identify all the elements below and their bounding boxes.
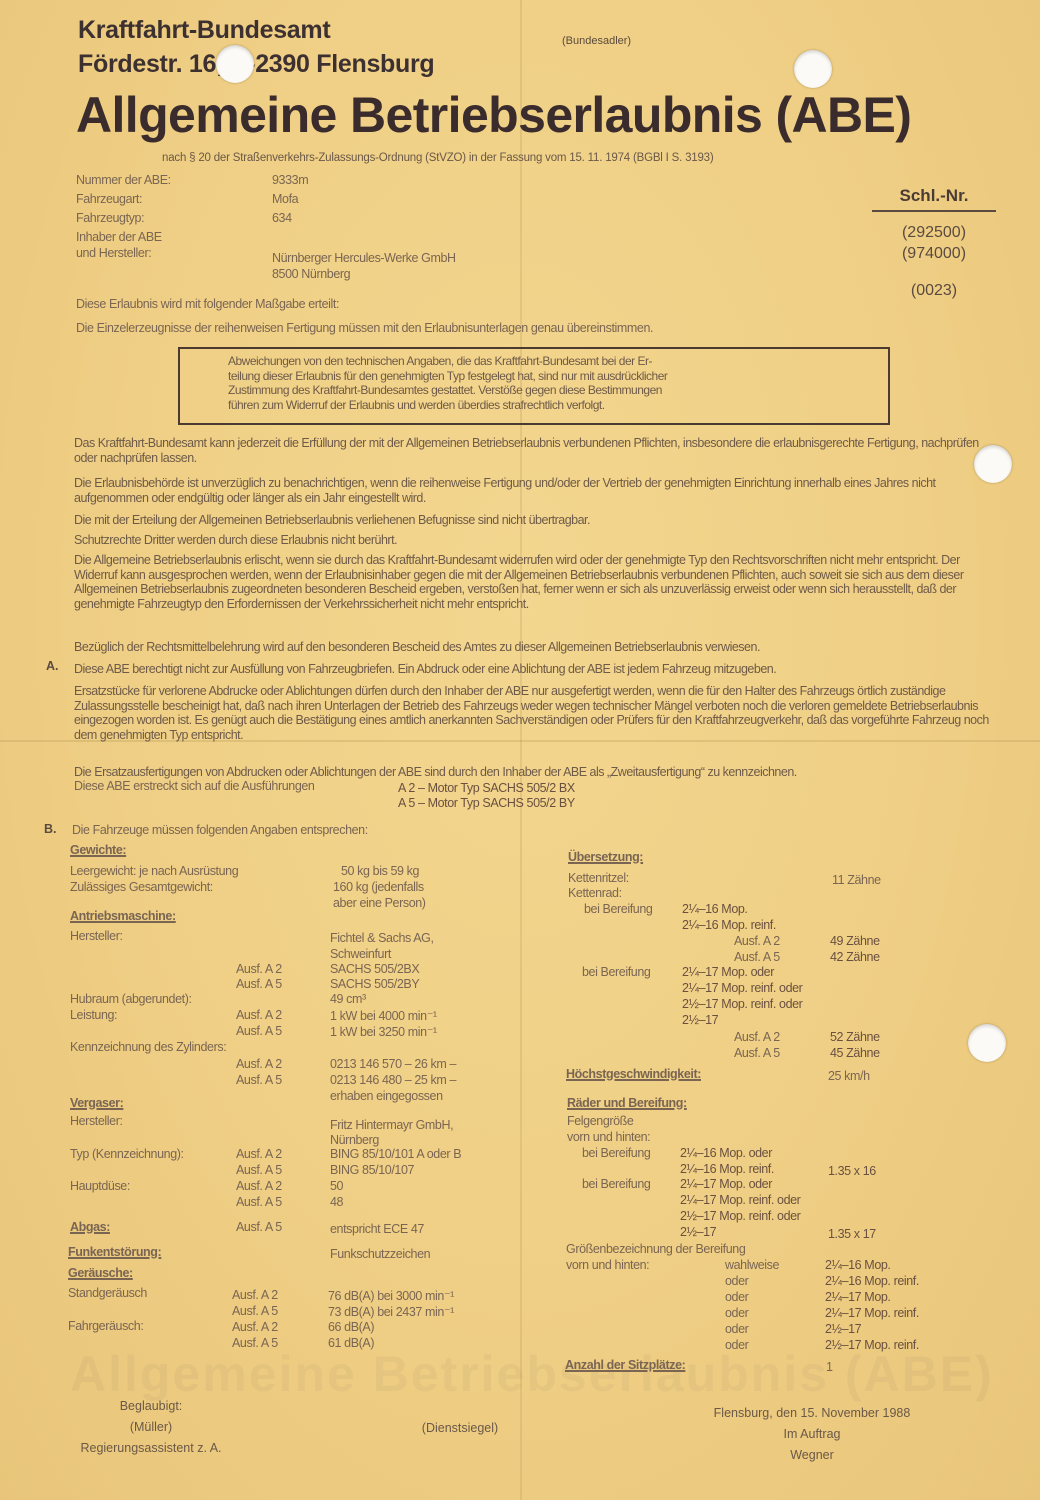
value-teeth-a5: 45 Zähne [830, 1046, 880, 1060]
punch-hole [974, 445, 1012, 483]
gear-tyre: 2½–17 Mop. reinf. oder [682, 997, 802, 1011]
manufacturer-name: Nürnberger Hercules-Werke GmbH [272, 250, 456, 266]
gear-tyre: 2½–17 [682, 1013, 718, 1027]
value-sprocket: 11 Zähne [832, 873, 881, 887]
value-vehicle-kind: Mofa [272, 191, 308, 207]
section-a-line-3: Die Ersatzausfertigungen von Abdrucken o… [74, 765, 996, 780]
label-ausf-a5: Ausf. A 5 [232, 1336, 278, 1350]
value-abe-number: 9333m [272, 172, 308, 188]
section-b-intro: Die Fahrzeuge müssen folgenden Angaben e… [72, 823, 368, 837]
value-displacement: 49 cm³ [330, 992, 366, 1006]
gear-tyre: 2¼–16 Mop. [682, 902, 748, 916]
label-main-jet: Hauptdüse: [70, 1179, 130, 1193]
key-number-2: (974000) [872, 243, 996, 264]
on-behalf-label: Im Auftrag [672, 1424, 952, 1445]
label-total-weight: Zulässiges Gesamtgewicht: [70, 880, 213, 894]
notice-line: teilung dieser Erlaubnis für den genehmi… [228, 369, 888, 384]
label-ausf-a5: Ausf. A 5 [236, 1024, 282, 1038]
gear-tyre: 2¼–17 Mop. reinf. oder [682, 981, 802, 995]
paragraph-notification: Die Erlaubnisbehörde ist unverzüglich zu… [74, 476, 996, 505]
eagle-placeholder: (Bundesadler) [562, 35, 631, 47]
label-ausf-a5: Ausf. A 5 [232, 1304, 278, 1318]
value-engine-a5: SACHS 505/2BY [330, 977, 419, 991]
punch-hole [794, 50, 832, 88]
tyre-option: 2¼–16 Mop. reinf. [825, 1274, 919, 1288]
value-total-weight-2: aber eine Person) [333, 896, 426, 910]
label-ausf-a2: Ausf. A 2 [236, 1147, 282, 1161]
value-carb-maker-2: Nürnberg [330, 1133, 379, 1147]
notice-box: Abweichungen von den technischen Angaben… [178, 347, 890, 425]
notice-line: Abweichungen von den technischen Angaben… [228, 354, 888, 369]
tyre-option-conj: oder [725, 1274, 748, 1288]
label-ausf-a5: Ausf. A 5 [734, 1046, 780, 1060]
label-ausf-a5: Ausf. A 5 [236, 1073, 282, 1087]
key-number-3: (0023) [872, 280, 996, 301]
certifier-role: Regierungsassistent z. A. [66, 1438, 236, 1459]
value-cylinder-note: erhaben eingegossen [330, 1089, 443, 1103]
wheel-tyre: 2¼–16 Mop. oder [680, 1146, 772, 1160]
manufacturer-address: Nürnberger Hercules-Werke GmbH 8500 Nürn… [272, 250, 456, 282]
value-standing-noise-a2: 76 dB(A) bei 3000 min⁻¹ [328, 1288, 454, 1303]
place-date: Flensburg, den 15. November 1988 [672, 1403, 952, 1424]
label-front-rear: vorn und hinten: [566, 1258, 649, 1272]
label-tyre-size: Größenbezeichnung der Bereifung [566, 1242, 745, 1256]
label-tyres: bei Bereifung [584, 902, 652, 916]
heading-interference: Funkentstörung: [68, 1245, 161, 1259]
label-chainwheel: Kettenrad: [568, 886, 622, 900]
section-a-line-2: Ersatzstücke für verlorene Abdrucke oder… [74, 684, 996, 742]
tyre-option: 2¼–16 Mop. [825, 1258, 891, 1272]
tyre-option-conj: oder [725, 1322, 748, 1336]
punch-hole [968, 1024, 1006, 1062]
signature-block: Flensburg, den 15. November 1988 Im Auft… [672, 1403, 952, 1466]
paragraph-legal-remedy: Bezüglich der Rechtsmittelbelehrung wird… [74, 640, 996, 655]
issuer-address: Fördestr. 16, D-2390 Flensburg [78, 50, 434, 79]
heading-exhaust: Abgas: [70, 1220, 110, 1234]
label-sprocket: Kettenritzel: [568, 871, 629, 885]
label-displacement: Hubraum (abgerundet): [70, 992, 192, 1006]
value-rim-16: 1.35 x 16 [828, 1164, 876, 1178]
wheel-tyre: 2¼–16 Mop. reinf. [680, 1162, 774, 1176]
value-main-jet-a2: 50 [330, 1179, 343, 1193]
label-carb-maker: Hersteller: [70, 1114, 123, 1128]
wheel-tyre: 2½–17 [680, 1225, 716, 1239]
variant-a2: A 2 – Motor Typ SACHS 505/2 BX [398, 781, 575, 795]
value-teeth-a2: 49 Zähne [830, 934, 880, 948]
tyre-option: 2½–17 Mop. reinf. [825, 1338, 919, 1352]
label-standing-noise: Standgeräusch [68, 1286, 147, 1300]
label-ausf-a2: Ausf. A 2 [236, 1008, 282, 1022]
paper-fold-vertical [520, 0, 522, 1500]
label-ausf-a5: Ausf. A 5 [236, 1195, 282, 1209]
wheel-tyre: 2¼–17 Mop. reinf. oder [680, 1193, 800, 1207]
heading-seats: Anzahl der Sitzplätze: [565, 1358, 685, 1372]
tyre-option-conj: oder [725, 1338, 748, 1352]
tyre-option-conj: oder [725, 1290, 748, 1304]
value-engine-a2: SACHS 505/2BX [330, 962, 419, 976]
notice-line: führen zum Widerruf der Erlaubnis und we… [228, 398, 888, 413]
preamble-1: Diese Erlaubnis wird mit folgender Maßga… [76, 296, 339, 312]
label-ausf-a2: Ausf. A 2 [232, 1320, 278, 1334]
tyre-option: 2¼–17 Mop. [825, 1290, 891, 1304]
key-number-heading: Schl.-Nr. [872, 186, 996, 212]
paragraph-inspection: Das Kraftfahrt-Bundesamt kann jederzeit … [74, 436, 996, 465]
issuer-name: Kraftfahrt-Bundesamt [78, 16, 330, 45]
label-power: Leistung: [70, 1008, 117, 1022]
label-rim-size: Felgengröße [567, 1114, 633, 1128]
label-ausf-a2: Ausf. A 2 [232, 1288, 278, 1302]
value-carb-maker-1: Fritz Hintermayr GmbH, [330, 1118, 453, 1132]
value-seats: 1 [826, 1360, 833, 1374]
value-exhaust: entspricht ECE 47 [330, 1222, 424, 1236]
notice-line: Zustimmung des Kraftfahrt-Bundesamtes ge… [228, 383, 888, 398]
value-main-jet-a5: 48 [330, 1195, 343, 1209]
value-standing-noise-a5: 73 dB(A) bei 2437 min⁻¹ [328, 1304, 454, 1319]
label-vehicle-type: Fahrzeugtyp: [76, 210, 171, 226]
label-manufacturer: und Hersteller: [76, 245, 171, 261]
label-tyres: bei Bereifung [582, 1177, 650, 1191]
punch-hole [216, 45, 254, 83]
section-a-marker: A. [46, 659, 59, 673]
document-title: Allgemeine Betriebserlaubnis (ABE) [76, 86, 911, 144]
wheel-tyre: 2¼–17 Mop. oder [680, 1177, 772, 1191]
heading-top-speed: Höchstgeschwindigkeit: [566, 1067, 701, 1081]
label-driving-noise: Fahrgeräusch: [68, 1319, 143, 1333]
bleed-through-text: Allgemeine Betriebserlaubnis (ABE) [70, 1345, 994, 1403]
paragraph-third-party: Schutzrechte Dritter werden durch diese … [74, 533, 996, 548]
label-exhaust-ausf: Ausf. A 5 [236, 1220, 282, 1234]
value-rim-17: 1.35 x 17 [828, 1227, 876, 1241]
paragraph-expiry: Die Allgemeine Betriebserlaubnis erlisch… [74, 553, 996, 611]
label-carb-type: Typ (Kennzeichnung): [70, 1147, 184, 1161]
value-top-speed: 25 km/h [828, 1069, 870, 1083]
info-labels: Nummer der ABE: Fahrzeugart: Fahrzeugtyp… [76, 172, 171, 261]
wheel-tyre: 2½–17 Mop. reinf. oder [680, 1209, 800, 1223]
value-engine-maker-2: Schweinfurt [330, 947, 391, 961]
gear-tyre: 2¼–17 Mop. oder [682, 965, 774, 979]
preamble-2: Die Einzelerzeugnisse der reihenweisen F… [76, 320, 653, 336]
manufacturer-city: 8500 Nürnberg [272, 266, 456, 282]
label-ausf-a5: Ausf. A 5 [734, 950, 780, 964]
certified-label: Beglaubigt: [66, 1396, 236, 1417]
heading-engine: Antriebsmaschine: [70, 909, 176, 923]
info-values: 9333m Mofa 634 [272, 172, 308, 226]
tyre-option: 2¼–17 Mop. reinf. [825, 1306, 919, 1320]
gear-tyre: 2¼–16 Mop. reinf. [682, 918, 776, 932]
label-tyres: bei Bereifung [582, 965, 650, 979]
value-total-weight-1: 160 kg (jedenfalls [333, 880, 424, 894]
tyre-option: 2½–17 [825, 1322, 861, 1336]
variants-label: Diese ABE erstreckt sich auf die Ausführ… [74, 779, 314, 793]
paragraph-non-transferable: Die mit der Erteilung der Allgemeinen Be… [74, 513, 996, 528]
document-subtitle: nach § 20 der Straßenverkehrs-Zulassungs… [162, 152, 714, 164]
value-driving-noise-a5: 61 dB(A) [328, 1336, 374, 1350]
label-vehicle-kind: Fahrzeugart: [76, 191, 171, 207]
variant-a5: A 5 – Motor Typ SACHS 505/2 BY [398, 796, 575, 810]
label-ausf-a2: Ausf. A 2 [236, 962, 282, 976]
label-front-rear: vorn und hinten: [567, 1130, 650, 1144]
signatory-name: Wegner [672, 1445, 952, 1466]
heading-noise: Geräusche: [68, 1266, 133, 1280]
label-tyres: bei Bereifung [582, 1146, 650, 1160]
value-cylinder-a5: 0213 146 480 – 25 km – [330, 1073, 456, 1087]
label-empty-weight: Leergewicht: je nach Ausrüstung [70, 864, 238, 878]
section-a-line-1: Diese ABE berechtigt nicht zur Ausfüllun… [74, 662, 996, 677]
certification-block: Beglaubigt: (Müller) Regierungsassistent… [66, 1396, 236, 1459]
value-empty-weight: 50 kg bis 59 kg [341, 864, 419, 878]
tyre-option-conj: wahlweise [725, 1258, 779, 1272]
value-power-a5: 1 kW bei 3250 min⁻¹ [330, 1024, 437, 1039]
label-holder: Inhaber der ABE [76, 229, 171, 245]
label-abe-number: Nummer der ABE: [76, 172, 171, 188]
heading-carburettor: Vergaser: [70, 1096, 123, 1110]
value-vehicle-type: 634 [272, 210, 308, 226]
value-teeth-a5: 42 Zähne [830, 950, 880, 964]
label-ausf-a2: Ausf. A 2 [734, 1030, 780, 1044]
value-driving-noise-a2: 66 dB(A) [328, 1320, 374, 1334]
certifier-name: (Müller) [66, 1417, 236, 1438]
value-carb-type-a5: BING 85/10/107 [330, 1163, 414, 1177]
value-cylinder-a2: 0213 146 570 – 26 km – [330, 1057, 456, 1071]
label-ausf-a2: Ausf. A 2 [236, 1057, 282, 1071]
tyre-option-conj: oder [725, 1306, 748, 1320]
value-power-a2: 1 kW bei 4000 min⁻¹ [330, 1008, 437, 1023]
value-teeth-a2: 52 Zähne [830, 1030, 880, 1044]
heading-gearing: Übersetzung: [568, 850, 643, 864]
value-carb-type-a2: BING 85/10/101 A oder B [330, 1147, 461, 1161]
label-engine-maker: Hersteller: [70, 929, 123, 943]
official-seal: (Dienstsiegel) [405, 1418, 515, 1439]
heading-wheels: Räder und Bereifung: [567, 1096, 687, 1110]
label-ausf-a5: Ausf. A 5 [236, 977, 282, 991]
label-cylinder-mark: Kennzeichnung des Zylinders: [70, 1040, 226, 1054]
value-engine-maker-1: Fichtel & Sachs AG, [330, 931, 434, 945]
section-b-marker: B. [44, 822, 57, 836]
value-interference: Funkschutzzeichen [330, 1247, 430, 1261]
key-number-block: Schl.-Nr. (292500) (974000) (0023) [872, 186, 996, 301]
heading-weights: Gewichte: [70, 843, 126, 857]
key-number-1: (292500) [872, 222, 996, 243]
label-ausf-a2: Ausf. A 2 [734, 934, 780, 948]
label-ausf-a5: Ausf. A 5 [236, 1163, 282, 1177]
label-ausf-a2: Ausf. A 2 [236, 1179, 282, 1193]
